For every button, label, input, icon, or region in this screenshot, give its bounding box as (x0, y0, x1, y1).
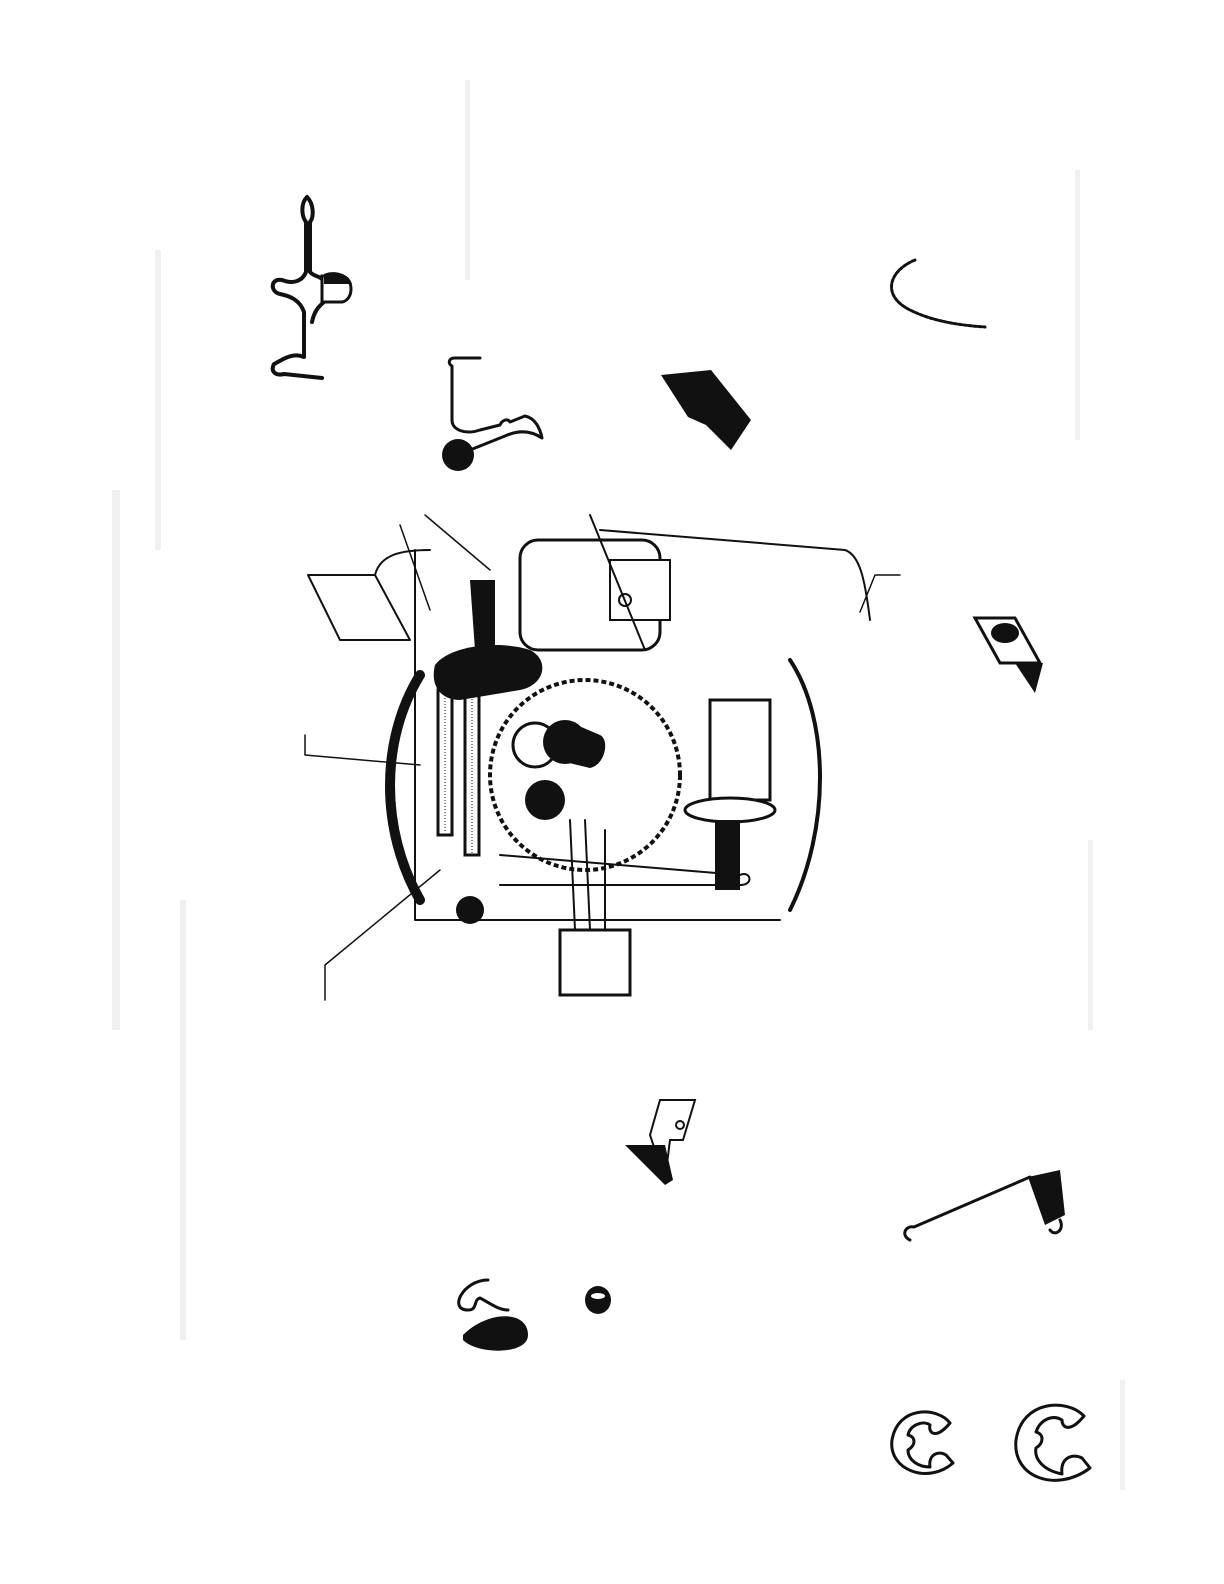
e-clip-large (1012, 1398, 1102, 1493)
bracket-with-stud (975, 608, 1065, 698)
hook-latch (430, 350, 560, 460)
faint-text-column (155, 250, 161, 550)
faint-text-column (1075, 170, 1080, 440)
angled-bracket-dark (656, 365, 756, 455)
serrated-wire-arc (885, 255, 995, 335)
faint-text-column (180, 900, 186, 1340)
faint-text-column (1088, 840, 1093, 1030)
torsion-spring (900, 1165, 1070, 1245)
e-clip-small (888, 1405, 968, 1485)
faint-text-column (465, 80, 470, 280)
faint-text-column (1120, 1380, 1125, 1490)
main-mechanism-assembly (300, 500, 860, 1020)
lever-arm-with-ball (448, 1180, 798, 1360)
angle-bracket-with-hole (625, 1095, 705, 1190)
forked-lever (262, 192, 372, 392)
faint-text-column (112, 490, 120, 1030)
